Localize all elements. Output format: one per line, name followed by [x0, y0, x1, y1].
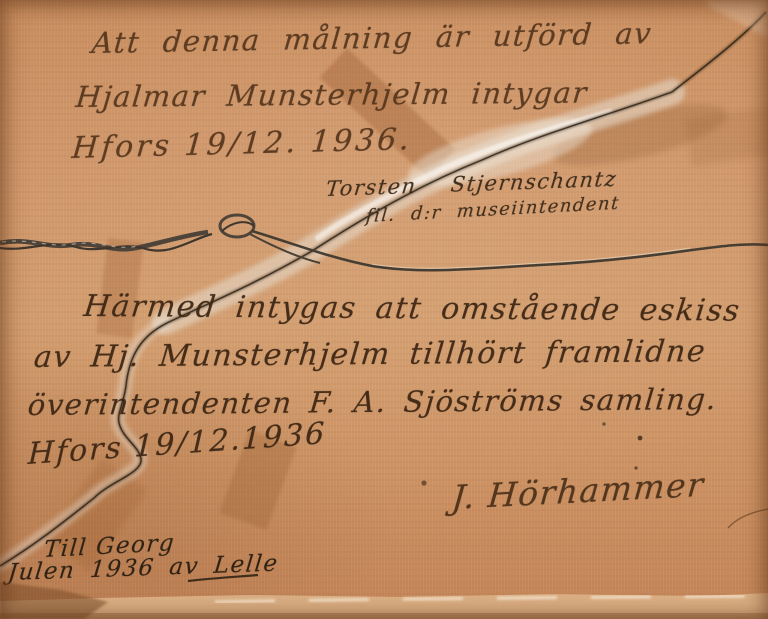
photo-artwork-back: Att denna målning är utförd av Hjalmar M… — [0, 0, 768, 619]
photo-vignette — [0, 0, 768, 619]
